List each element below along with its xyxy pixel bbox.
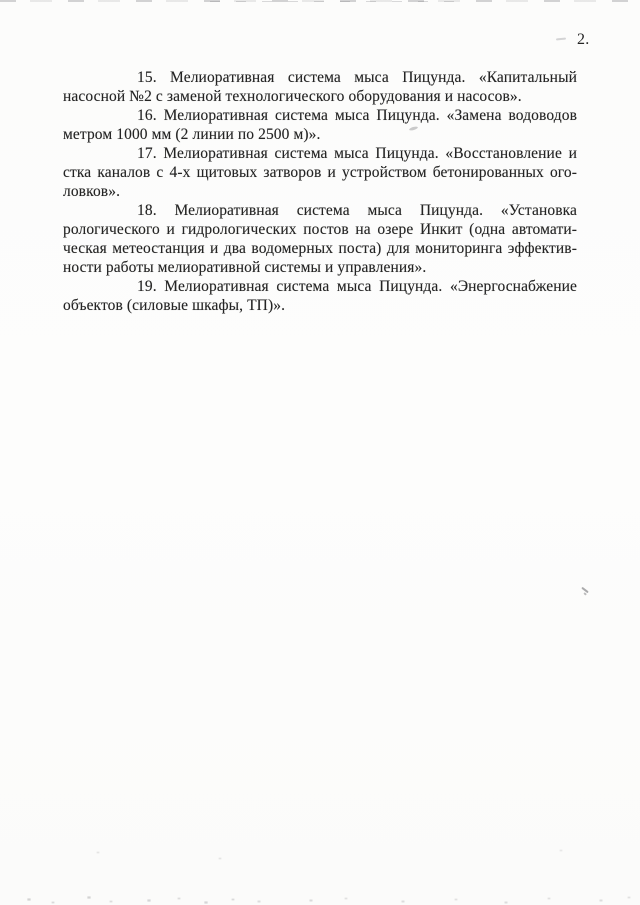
scanned-document-page: 2. 15. Мелиоративная система мыса Пицунд… <box>0 0 640 905</box>
text-line: 18. Мелиоративная система мыса Пицунда. … <box>63 201 577 220</box>
document-body: 15. Мелиоративная система мыса Пицунда. … <box>63 68 577 315</box>
text-line: ности работы мелиоративной системы и упр… <box>63 258 577 277</box>
scan-tick-artifact <box>581 587 589 594</box>
text-line: объектов (силовые шкафы, ТП)». <box>63 296 577 315</box>
scan-edge-artifact-top-secondary <box>210 1 470 2</box>
paragraph-item-18: 18. Мелиоративная система мыса Пицунда. … <box>63 201 577 277</box>
text-line: 17. Мелиоративная система мыса Пицунда. … <box>63 144 577 163</box>
text-line: ческая метеостанция и два водомерных пос… <box>63 239 577 258</box>
text-line: рологического и гидрологических постов н… <box>63 220 577 239</box>
text-line: насосной №2 с заменой технологического о… <box>63 87 577 106</box>
text-line: 16. Мелиоративная система мыса Пицунда. … <box>63 106 577 125</box>
scan-speckles-bottom <box>0 0 2 1</box>
paragraph-item-15: 15. Мелиоративная система мыса Пицунда. … <box>63 68 577 106</box>
paragraph-item-16: 16. Мелиоративная система мыса Пицунда. … <box>63 106 577 144</box>
paragraph-item-19: 19. Мелиоративная система мыса Пицунда. … <box>63 277 577 315</box>
text-line: 19. Мелиоративная система мыса Пицунда. … <box>63 277 577 296</box>
text-line: метром 1000 мм (2 линии по 2500 м)». <box>63 125 577 144</box>
text-line: ловков». <box>63 182 577 201</box>
page-number: 2. <box>577 31 590 49</box>
text-line: стка каналов с 4-х щитовых затворов и ус… <box>63 163 577 182</box>
scan-smudge-near-page-number <box>556 37 566 40</box>
text-line: 15. Мелиоративная система мыса Пицунда. … <box>63 68 577 87</box>
paragraph-item-17: 17. Мелиоративная система мыса Пицунда. … <box>63 144 577 201</box>
